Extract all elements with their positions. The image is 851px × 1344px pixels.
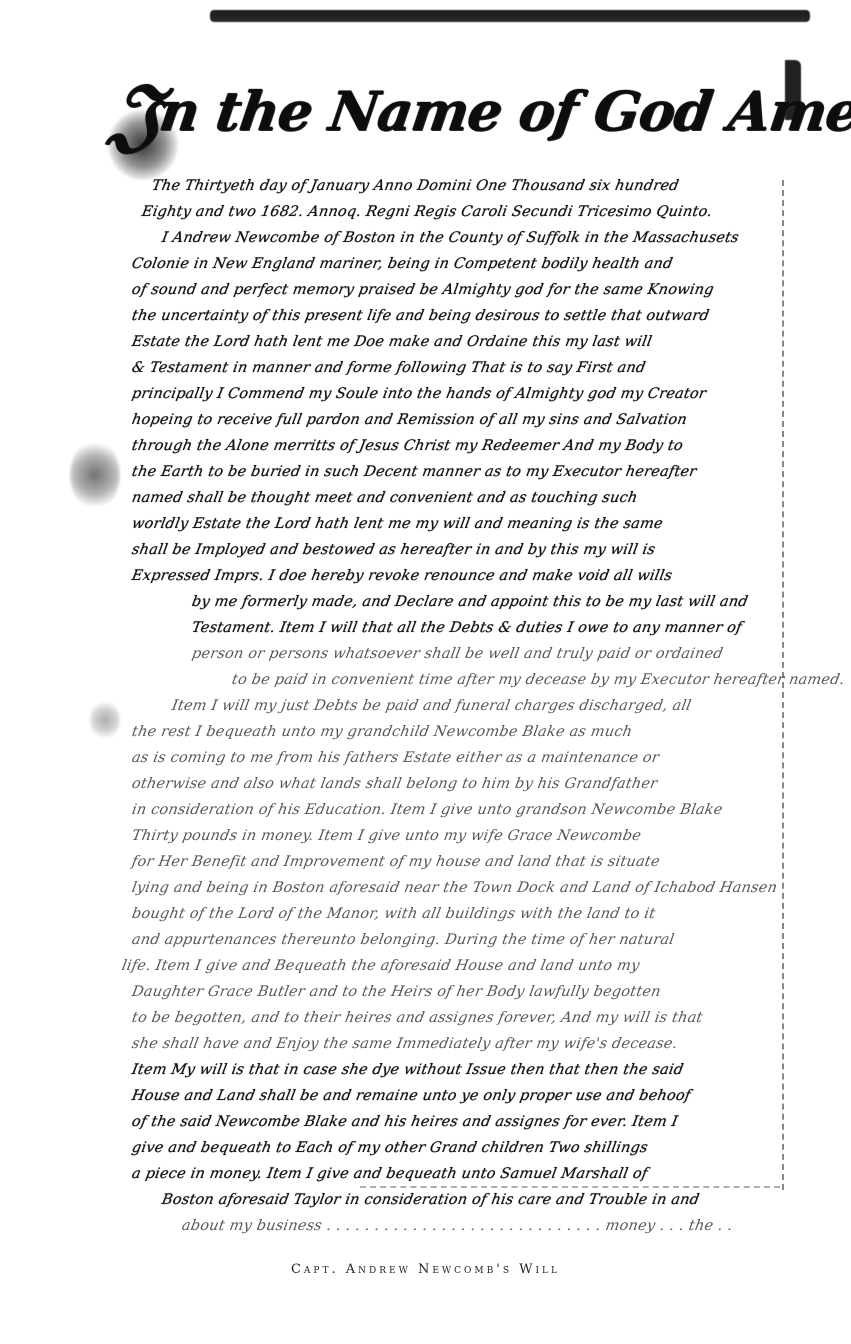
will-line: lying and being in Boston aforesaid near…: [131, 880, 779, 896]
will-line: & Testament in manner and forme followin…: [131, 360, 647, 376]
figure-caption: Capt. Andrew Newcomb's Will: [0, 1262, 851, 1277]
will-line: Thirty pounds in money. Item I give unto…: [131, 828, 643, 844]
will-line: named shall be thought meet and convenie…: [131, 490, 639, 506]
will-line: through the Alone merritts of Jesus Chri…: [131, 438, 685, 454]
will-line: hopeing to receive full pardon and Remis…: [131, 412, 689, 428]
will-line: in consideration of his Education. Item …: [131, 802, 724, 818]
will-line: House and Land shall be and remaine unto…: [131, 1088, 692, 1104]
will-line: I Andrew Newcombe of Boston in the Count…: [161, 230, 741, 246]
heading-text: n the Name of God Amen: [156, 79, 851, 143]
will-line: the uncertainty of this present life and…: [131, 308, 711, 324]
will-line: of sound and perfect memory praised be A…: [131, 282, 716, 298]
will-line: bought of the Lord of the Manor, with al…: [131, 906, 657, 922]
will-line: about my business . . . . . . . . . . . …: [181, 1218, 734, 1234]
will-line: Daughter Grace Butler and to the Heirs o…: [131, 984, 662, 1000]
sheet-bottom-edge: [360, 1186, 780, 1190]
will-line: and appurtenances thereunto belonging. D…: [131, 932, 676, 948]
will-line: worldly Estate the Lord hath lent me my …: [131, 516, 665, 532]
will-line: Eighty and two 1682. Annoq. Regni Regis …: [141, 204, 714, 220]
will-line: shall be Imployed and bestowed as hereaf…: [131, 542, 657, 558]
will-line: Boston aforesaid Taylor in consideration…: [161, 1192, 701, 1208]
will-line: the Earth to be buried in such Decent ma…: [131, 464, 698, 480]
will-line: Item I will my just Debts be paid and fu…: [171, 698, 693, 714]
will-line: otherwise and also what lands shall belo…: [131, 776, 659, 792]
will-line: to be begotten, and to their heires and …: [131, 1010, 704, 1026]
will-line: as is coming to me from his fathers Esta…: [131, 750, 661, 766]
ink-blot-left-lower: [90, 700, 120, 740]
will-line: Item My will is that in case she dye wit…: [131, 1062, 685, 1078]
will-line: Expressed Imprs. I doe hereby revoke ren…: [131, 568, 674, 584]
will-line: principally I Commend my Soule into the …: [131, 386, 708, 402]
will-heading: 𝔍n the Name of God Amen: [106, 72, 817, 152]
will-line: Estate the Lord hath lent me Doe make an…: [131, 334, 654, 350]
will-line: of the said Newcombe Blake and his heire…: [131, 1114, 679, 1130]
will-line: Colonie in New England mariner, being in…: [131, 256, 674, 272]
will-line: Testament. Item I will that all the Debt…: [191, 620, 744, 636]
scanned-page: 𝔍n the Name of God Amen The Thirtyeth da…: [0, 0, 851, 1344]
will-line: she shall have and Enjoy the same Immedi…: [131, 1036, 679, 1052]
will-line: for Her Benefit and Improvement of my ho…: [131, 854, 662, 870]
ink-blot-left-margin: [70, 440, 120, 510]
will-line: life. Item I give and Bequeath the afore…: [121, 958, 641, 974]
will-line: person or persons whatsoever shall be we…: [191, 646, 725, 662]
sheet-top-edge: [210, 10, 810, 22]
will-line: the rest I bequeath unto my grandchild N…: [131, 724, 634, 740]
will-line: a piece in money. Item I give and bequea…: [131, 1166, 649, 1182]
will-line: to be paid in convenient time after my d…: [231, 672, 846, 688]
will-line: give and bequeath to Each of my other Gr…: [131, 1140, 650, 1156]
will-line: by me formerly made, and Declare and app…: [191, 594, 750, 610]
will-line: The Thirtyeth day of January Anno Domini…: [151, 178, 681, 194]
